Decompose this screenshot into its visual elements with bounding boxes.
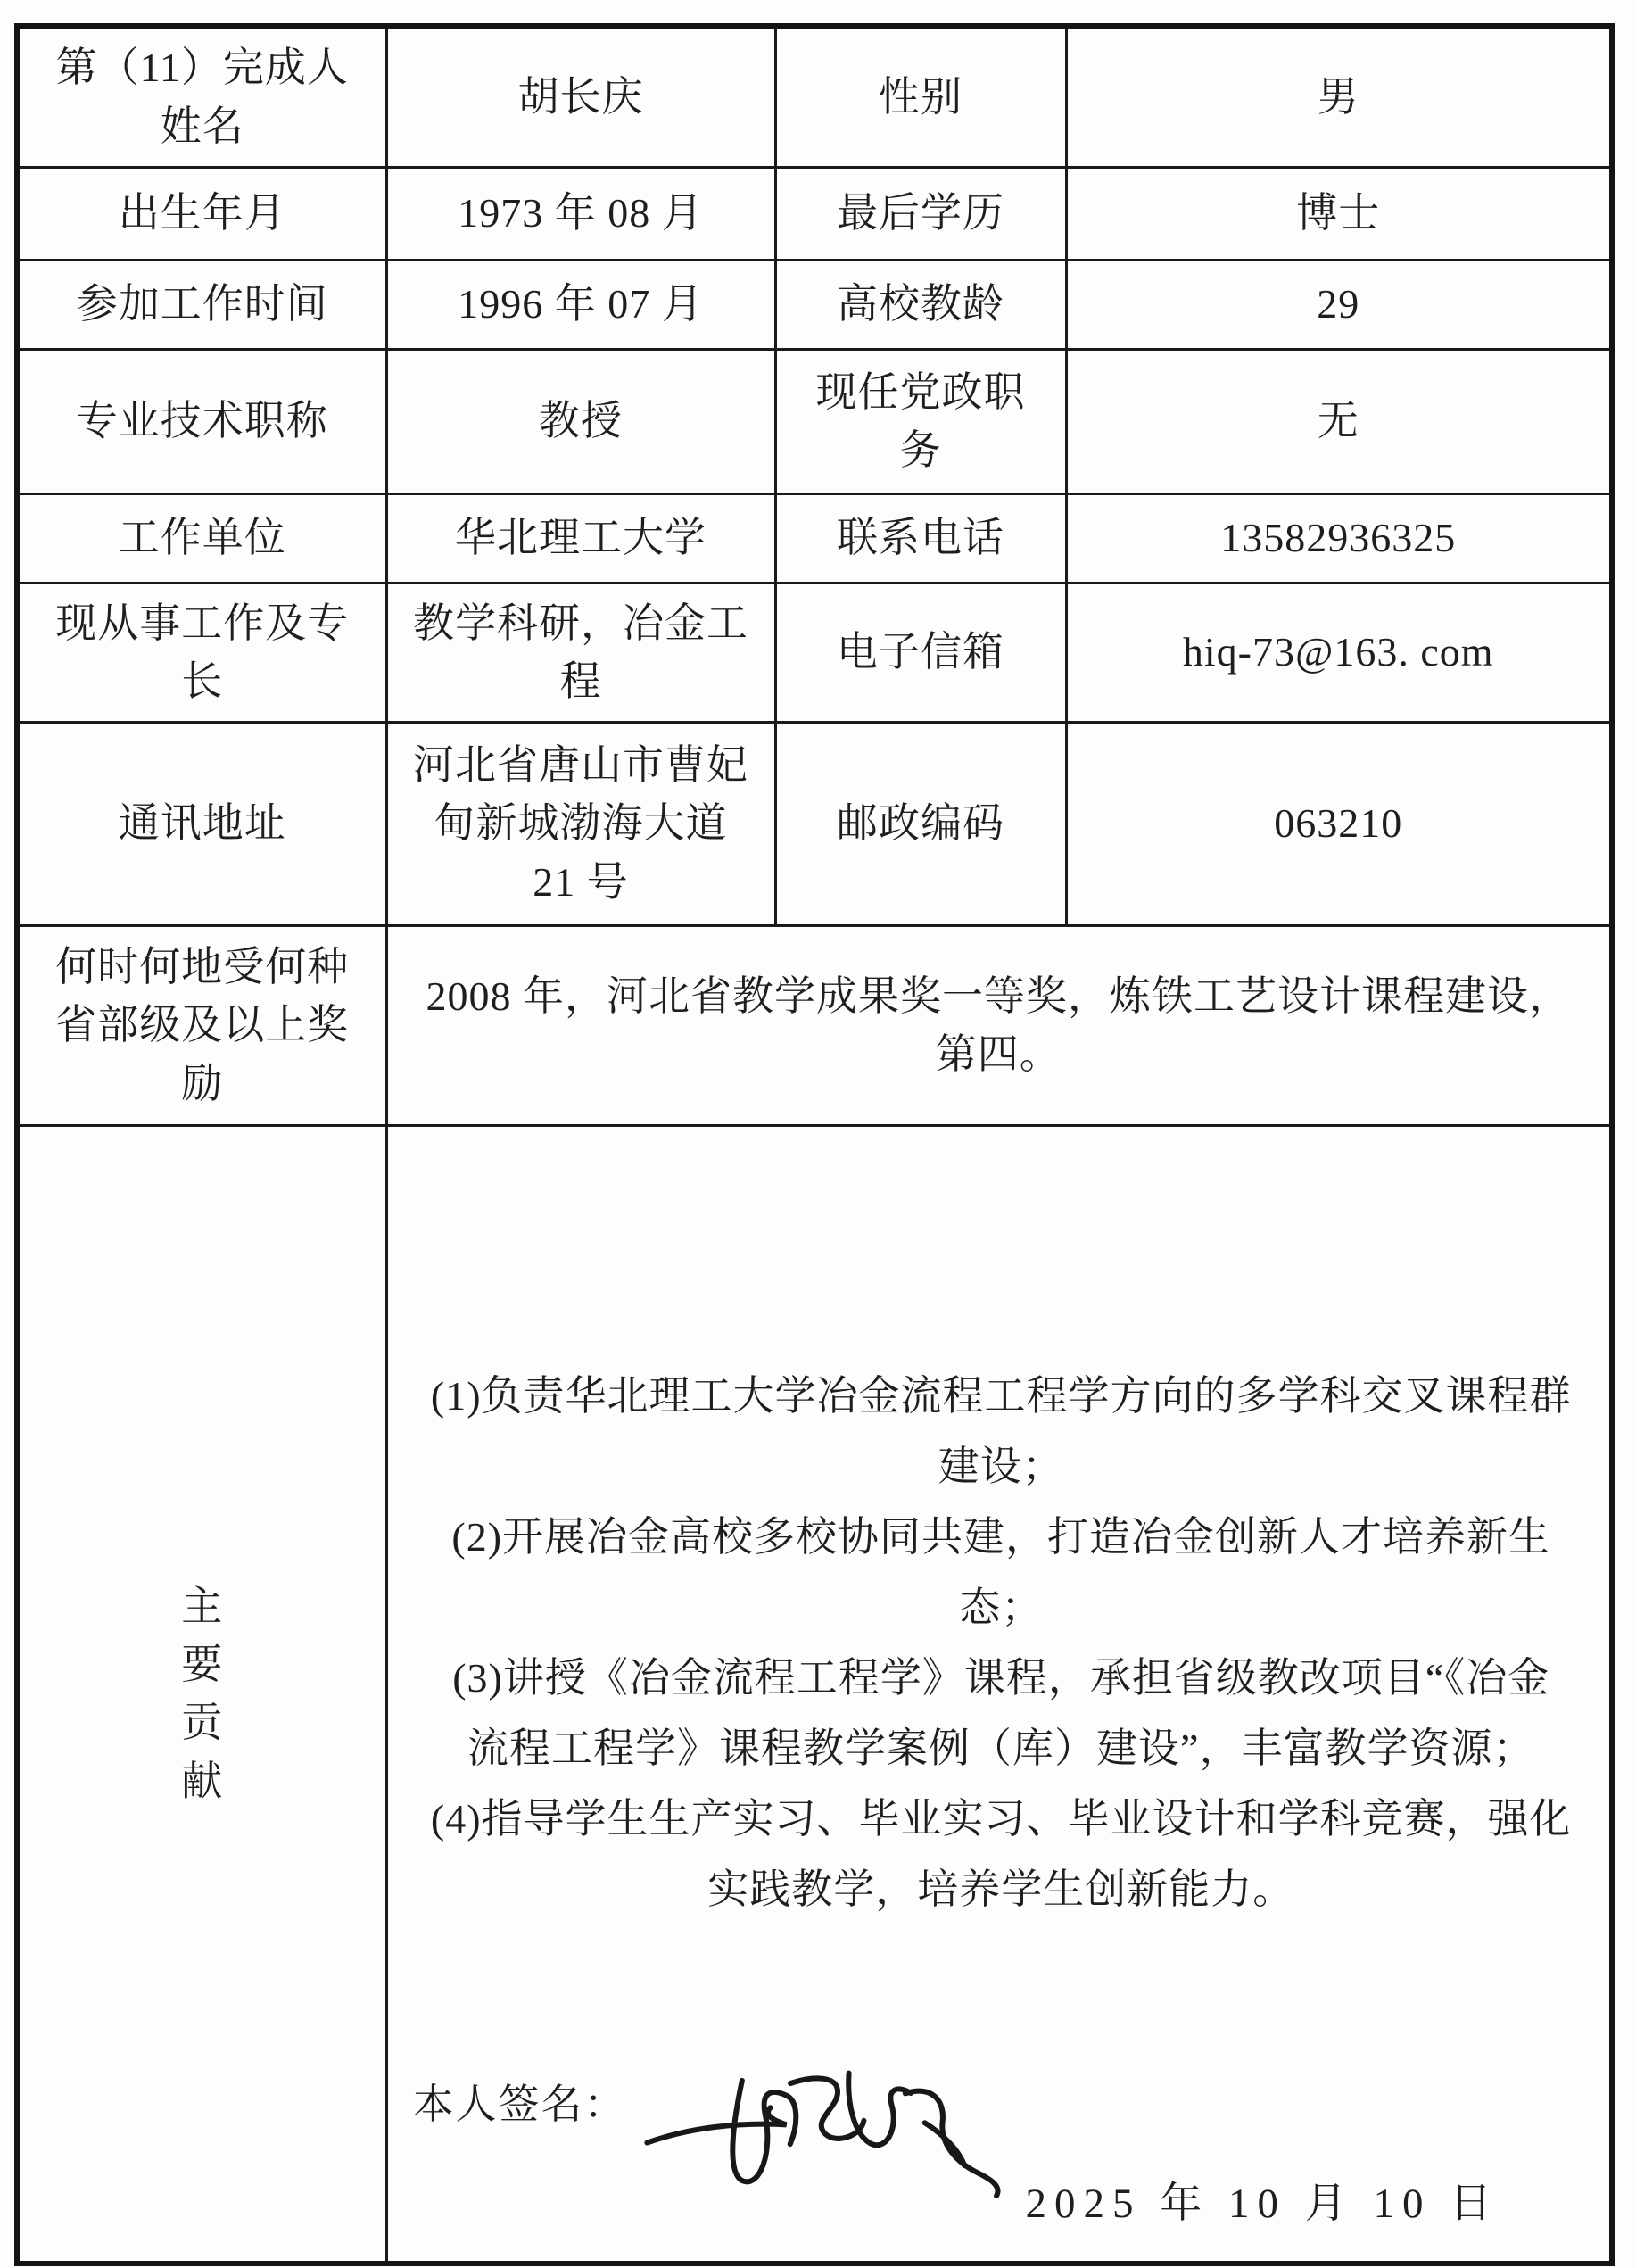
signature-image bbox=[635, 2032, 1019, 2231]
table-row: 工作单位 华北理工大学 联系电话 13582936325 bbox=[17, 493, 1612, 583]
table-row: 出生年月 1973 年 08 月 最后学历 博士 bbox=[17, 167, 1612, 260]
field-label-last-degree: 最后学历 bbox=[775, 167, 1066, 260]
table-row: 通讯地址 河北省唐山市曹妃 甸新城渤海大道 21 号 邮政编码 063210 bbox=[17, 722, 1612, 925]
field-value-awards: 2008 年，河北省教学成果奖一等奖，炼铁工艺设计课程建设， 第四。 bbox=[386, 925, 1612, 1125]
signature-date: 2025 年 10 月 10 日 bbox=[1026, 2174, 1500, 2234]
field-label-postal-code: 邮政编码 bbox=[775, 722, 1066, 925]
signature-row: 本人签名： bbox=[413, 2038, 1014, 2172]
table-row: 参加工作时间 1996 年 07 月 高校教龄 29 bbox=[17, 260, 1612, 349]
personnel-form-table: 第（11）完成人 姓名 胡长庆 性别 男 出生年月 1973 年 08 月 最后… bbox=[14, 23, 1615, 2266]
table-row: 第（11）完成人 姓名 胡长庆 性别 男 bbox=[17, 26, 1612, 167]
field-value-birth-date: 1973 年 08 月 bbox=[386, 167, 775, 260]
field-label-work-unit: 工作单位 bbox=[17, 493, 386, 583]
table-row: 专业技术职称 教授 现任党政职 务 无 bbox=[17, 349, 1612, 493]
field-label-work-start: 参加工作时间 bbox=[17, 260, 386, 349]
field-value-party-position: 无 bbox=[1066, 349, 1612, 493]
field-value-work-unit: 华北理工大学 bbox=[386, 493, 775, 583]
field-value-phone: 13582936325 bbox=[1066, 493, 1612, 583]
field-value-gender: 男 bbox=[1066, 26, 1612, 167]
document-page: 第（11）完成人 姓名 胡长庆 性别 男 出生年月 1973 年 08 月 最后… bbox=[0, 0, 1636, 2268]
field-label-email: 电子信箱 bbox=[775, 583, 1066, 722]
table-row: 何时何地受何种 省部级及以上奖 励 2008 年，河北省教学成果奖一等奖，炼铁工… bbox=[17, 925, 1612, 1125]
field-value-completer-name: 胡长庆 bbox=[386, 26, 775, 167]
field-label-completer-name: 第（11）完成人 姓名 bbox=[17, 26, 386, 167]
field-label-current-work: 现从事工作及专 长 bbox=[17, 583, 386, 722]
field-value-last-degree: 博士 bbox=[1066, 167, 1612, 260]
field-label-birth-date: 出生年月 bbox=[17, 167, 386, 260]
table-row: 主 要 贡 献 (1)负责华北理工大学冶金流程工程学方向的多学科交叉课程群 建设… bbox=[17, 1125, 1612, 2264]
table-row: 现从事工作及专 长 教学科研，冶金工 程 电子信箱 hiq-73@163. co… bbox=[17, 583, 1612, 722]
field-label-teaching-years: 高校教龄 bbox=[775, 260, 1066, 349]
field-value-work-start: 1996 年 07 月 bbox=[386, 260, 775, 349]
field-value-mailing-address: 河北省唐山市曹妃 甸新城渤海大道 21 号 bbox=[386, 722, 775, 925]
field-label-phone: 联系电话 bbox=[775, 493, 1066, 583]
field-value-current-work: 教学科研，冶金工 程 bbox=[386, 583, 775, 722]
field-value-main-contributions: (1)负责华北理工大学冶金流程工程学方向的多学科交叉课程群 建设； (2)开展冶… bbox=[386, 1125, 1612, 2264]
field-label-gender: 性别 bbox=[775, 26, 1066, 167]
main-contributions-text: (1)负责华北理工大学冶金流程工程学方向的多学科交叉课程群 建设； (2)开展冶… bbox=[397, 1346, 1601, 1925]
field-value-email: hiq-73@163. com bbox=[1066, 583, 1612, 722]
field-label-awards: 何时何地受何种 省部级及以上奖 励 bbox=[17, 925, 386, 1125]
field-label-main-contributions: 主 要 贡 献 bbox=[17, 1125, 386, 2264]
field-value-professional-title: 教授 bbox=[386, 349, 775, 493]
signature-label: 本人签名： bbox=[413, 2075, 627, 2133]
field-label-mailing-address: 通讯地址 bbox=[17, 722, 386, 925]
field-label-professional-title: 专业技术职称 bbox=[17, 349, 386, 493]
field-label-party-position: 现任党政职 务 bbox=[775, 349, 1066, 493]
field-value-postal-code: 063210 bbox=[1066, 722, 1612, 925]
field-value-teaching-years: 29 bbox=[1066, 260, 1612, 349]
